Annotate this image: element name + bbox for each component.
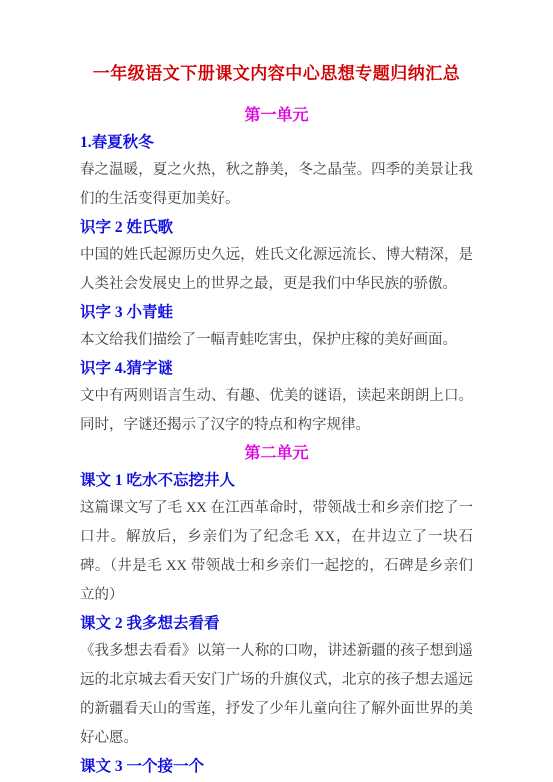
page-title: 一年级语文下册课文内容中心思想专题归纳汇总	[80, 58, 473, 90]
lesson-block-1-3: 识字 3 小青蛙 本文给我们描绘了一幅青蛙吃害虫，保护庄稼的美好画面。	[80, 299, 473, 355]
lesson-heading: 课文 3 一个接一个	[80, 753, 473, 780]
lesson-block-2-3: 课文 3 一个接一个	[80, 753, 473, 780]
unit-2-heading: 第二单元	[80, 440, 473, 467]
lesson-heading: 识字 2 姓氏歌	[80, 214, 473, 241]
lesson-block-1-1: 1.春夏秋冬 春之温暖，夏之火热，秋之静美，冬之晶莹。四季的美景让我们的生活变得…	[80, 129, 473, 214]
lesson-heading: 课文 1 吃水不忘挖井人	[80, 467, 473, 494]
lesson-heading: 1.春夏秋冬	[80, 129, 473, 156]
lesson-summary: 本文给我们描绘了一幅青蛙吃害虫，保护庄稼的美好画面。	[80, 326, 473, 355]
lesson-summary: 中国的姓氏起源历史久远，姓氏文化源远流长、博大精深，是人类社会发展史上的世界之最…	[80, 241, 473, 299]
lesson-block-1-2: 识字 2 姓氏歌 中国的姓氏起源历史久远，姓氏文化源远流长、博大精深，是人类社会…	[80, 214, 473, 299]
lesson-block-1-4: 识字 4.猜字谜 文中有两则语言生动、有趣、优美的谜语，读起来朗朗上口。同时，字…	[80, 355, 473, 440]
lesson-summary: 《我多想去看看》以第一人称的口吻，讲述新疆的孩子想到遥远的北京城去看天安门广场的…	[80, 637, 473, 753]
lesson-summary: 文中有两则语言生动、有趣、优美的谜语，读起来朗朗上口。同时，字谜还揭示了汉字的特…	[80, 382, 473, 440]
lesson-block-2-1: 课文 1 吃水不忘挖井人 这篇课文写了毛 XX 在江西革命时，带领战士和乡亲们挖…	[80, 467, 473, 610]
lesson-heading: 识字 3 小青蛙	[80, 299, 473, 326]
lesson-summary: 春之温暖，夏之火热，秋之静美，冬之晶莹。四季的美景让我们的生活变得更加美好。	[80, 156, 473, 214]
lesson-block-2-2: 课文 2 我多想去看看 《我多想去看看》以第一人称的口吻，讲述新疆的孩子想到遥远…	[80, 610, 473, 753]
lesson-heading: 识字 4.猜字谜	[80, 355, 473, 382]
lesson-summary: 这篇课文写了毛 XX 在江西革命时，带领战士和乡亲们挖了一口井。解放后，乡亲们为…	[80, 494, 473, 610]
unit-1-heading: 第一单元	[80, 102, 473, 129]
document-page: 一年级语文下册课文内容中心思想专题归纳汇总 第一单元 1.春夏秋冬 春之温暖，夏…	[0, 0, 553, 782]
lesson-heading: 课文 2 我多想去看看	[80, 610, 473, 637]
